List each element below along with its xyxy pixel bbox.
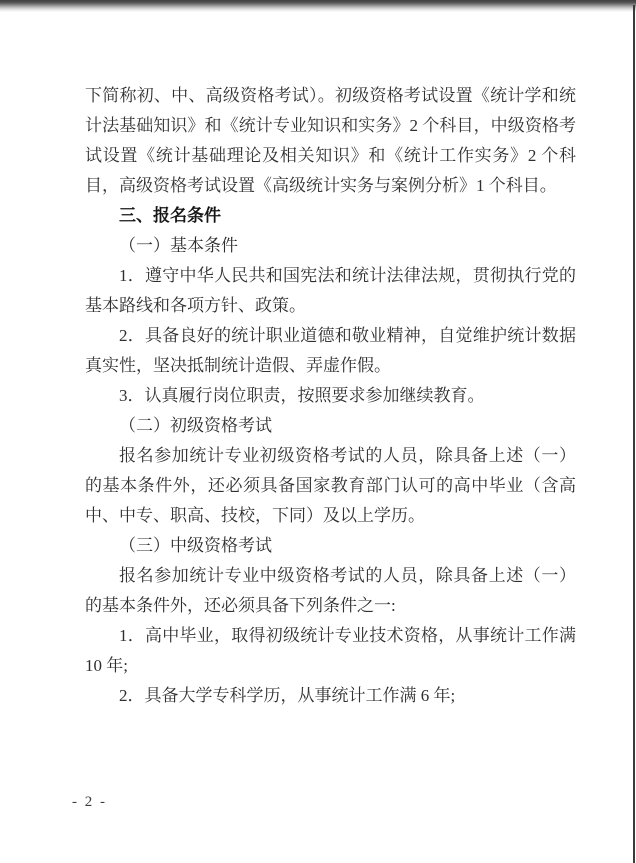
numbered-item-intermediate-1: 1．高中毕业，取得初级统计专业技术资格，从事统计工作满 10 年;	[85, 621, 576, 681]
subsection-heading-junior-exam: （二）初级资格考试	[85, 411, 576, 441]
paragraph-junior-requirements: 报名参加统计专业初级资格考试的人员，除具备上述（一）的基本条件外，还必须具备国家…	[85, 441, 576, 531]
numbered-item-intermediate-2: 2．具备大学专科学历，从事统计工作满 6 年;	[85, 681, 576, 711]
numbered-item-1: 1．遵守中华人民共和国宪法和统计法律法规，贯彻执行党的基本路线和各项方针、政策。	[85, 261, 576, 321]
subsection-heading-basic-conditions: （一）基本条件	[85, 231, 576, 261]
subsection-heading-intermediate-exam: （三）中级资格考试	[85, 531, 576, 561]
scan-edge-right	[633, 5, 635, 863]
paragraph-exam-subjects: 下简称初、中、高级资格考试）。初级资格考试设置《统计学和统计法基础知识》和《统计…	[85, 81, 576, 201]
numbered-item-2: 2．具备良好的统计职业道德和敬业精神，自觉维护统计数据真实性，坚决抵制统计造假、…	[85, 321, 576, 381]
paragraph-intermediate-requirements: 报名参加统计专业中级资格考试的人员，除具备上述（一）的基本条件外，还必须具备下列…	[85, 561, 576, 621]
section-heading-registration-conditions: 三、报名条件	[85, 201, 576, 231]
document-page: 下简称初、中、高级资格考试）。初级资格考试设置《统计学和统计法基础知识》和《统计…	[85, 81, 576, 711]
numbered-item-3: 3．认真履行岗位职责，按照要求参加继续教育。	[85, 381, 576, 411]
scan-edge-top	[0, 0, 636, 12]
page-number: - 2 -	[72, 791, 107, 813]
